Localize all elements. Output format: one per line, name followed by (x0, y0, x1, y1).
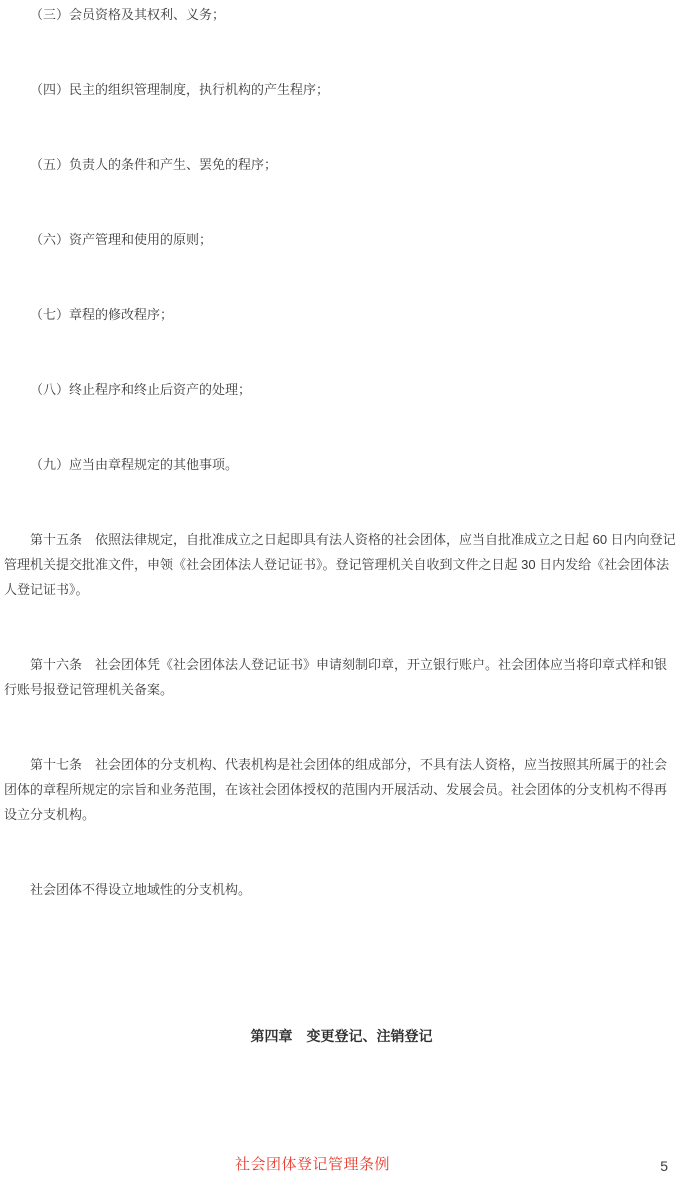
footer-document-title: 社会团体登记管理条例 (235, 1154, 390, 1176)
document-body: （三）会员资格及其权利、义务； （四）民主的组织管理制度，执行机构的产生程序； … (0, 0, 700, 1049)
article-paragraph: 第十六条 社会团体凭《社会团体法人登记证书》申请刻制印章，开立银行账户。社会团体… (4, 652, 679, 702)
article-paragraph: 社会团体不得设立地域性的分支机构。 (4, 877, 679, 902)
chapter-heading: 第四章 变更登记、注销登记 (4, 1024, 679, 1049)
list-item: （八）终止程序和终止后资产的处理； (4, 377, 679, 402)
list-item: （四）民主的组织管理制度，执行机构的产生程序； (4, 77, 679, 102)
article-paragraph: 第十七条 社会团体的分支机构、代表机构是社会团体的组成部分，不具有法人资格，应当… (4, 752, 679, 827)
list-item: （三）会员资格及其权利、义务； (4, 2, 679, 27)
list-item: （七）章程的修改程序； (4, 302, 679, 327)
list-item: （九）应当由章程规定的其他事项。 (4, 452, 679, 477)
list-item: （六）资产管理和使用的原则； (4, 227, 679, 252)
article-paragraph: 第十五条 依照法律规定，自批准成立之日起即具有法人资格的社会团体，应当自批准成立… (4, 527, 679, 602)
document-page: （三）会员资格及其权利、义务； （四）民主的组织管理制度，执行机构的产生程序； … (0, 0, 700, 1182)
list-item: （五）负责人的条件和产生、罢免的程序； (4, 152, 679, 177)
page-number: 5 (660, 1156, 668, 1176)
